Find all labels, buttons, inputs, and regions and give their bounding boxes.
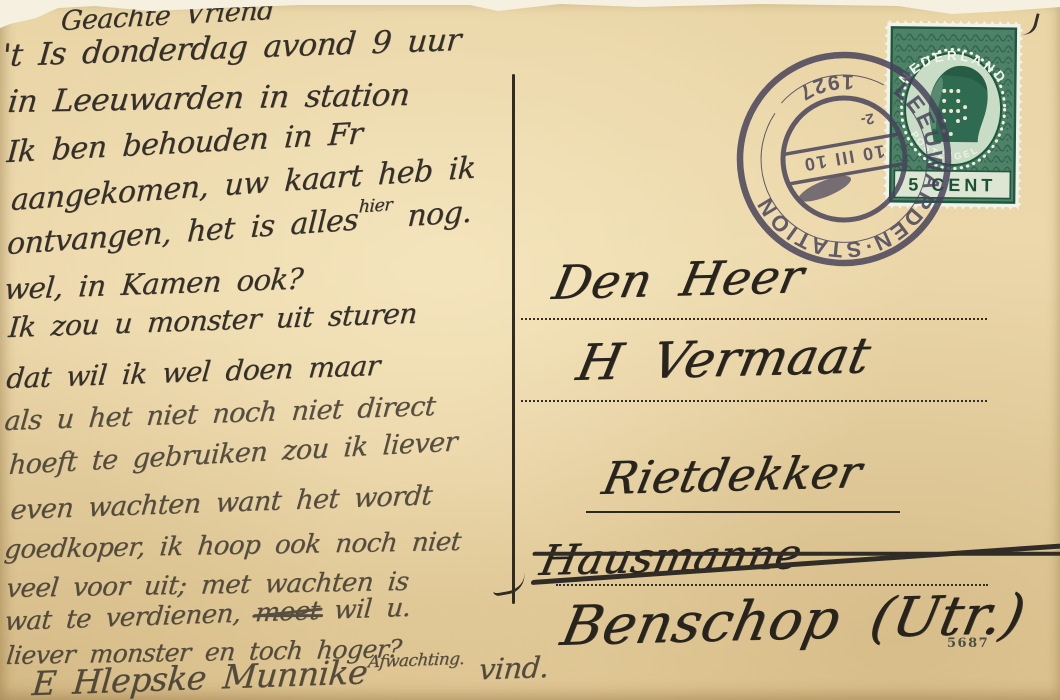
divider-hook-flourish — [491, 572, 528, 597]
address-underline-solid — [586, 511, 900, 513]
address-line-name: H Vermaat — [572, 326, 876, 392]
postcard-back: Geachte Vriend't Is donderdag avond 9 uu… — [0, 0, 1060, 700]
message-line-9: dat wil ik wel doen maar — [5, 349, 381, 395]
message-line-12: even wachten want het wordt — [9, 480, 433, 526]
postmark: LEEUWARDEN·STATION 1927 10 III 10 2- — [733, 48, 955, 274]
svg-text:LEEUWARDEN·STATION: LEEUWARDEN·STATION — [734, 72, 955, 270]
postmark-place-text: LEEUWARDEN·STATION — [734, 72, 955, 270]
address-ruled-line-1 — [521, 318, 987, 320]
address-line-crossed-out: Hausmanne — [536, 508, 1060, 585]
message-line-8: Ik zou u monster uit sturen — [7, 297, 418, 344]
message-line-7: wel, in Kamen ook? — [3, 262, 304, 307]
message-line-3: in Leeuwarden in station — [6, 77, 411, 120]
printed-card-number: 5687 — [947, 636, 989, 651]
divider-line — [512, 74, 515, 604]
message-line-11: hoeft te gebruiken zou ik liever — [8, 427, 458, 482]
torn-paper-edge — [0, 0, 1060, 34]
address-ruled-line-2 — [521, 400, 987, 402]
message-line-13: goedkoper, ik hoop ook noch niet — [3, 527, 462, 565]
address-line-profession: Rietdekker — [598, 445, 866, 505]
postmark-hour: 2- — [859, 109, 875, 128]
